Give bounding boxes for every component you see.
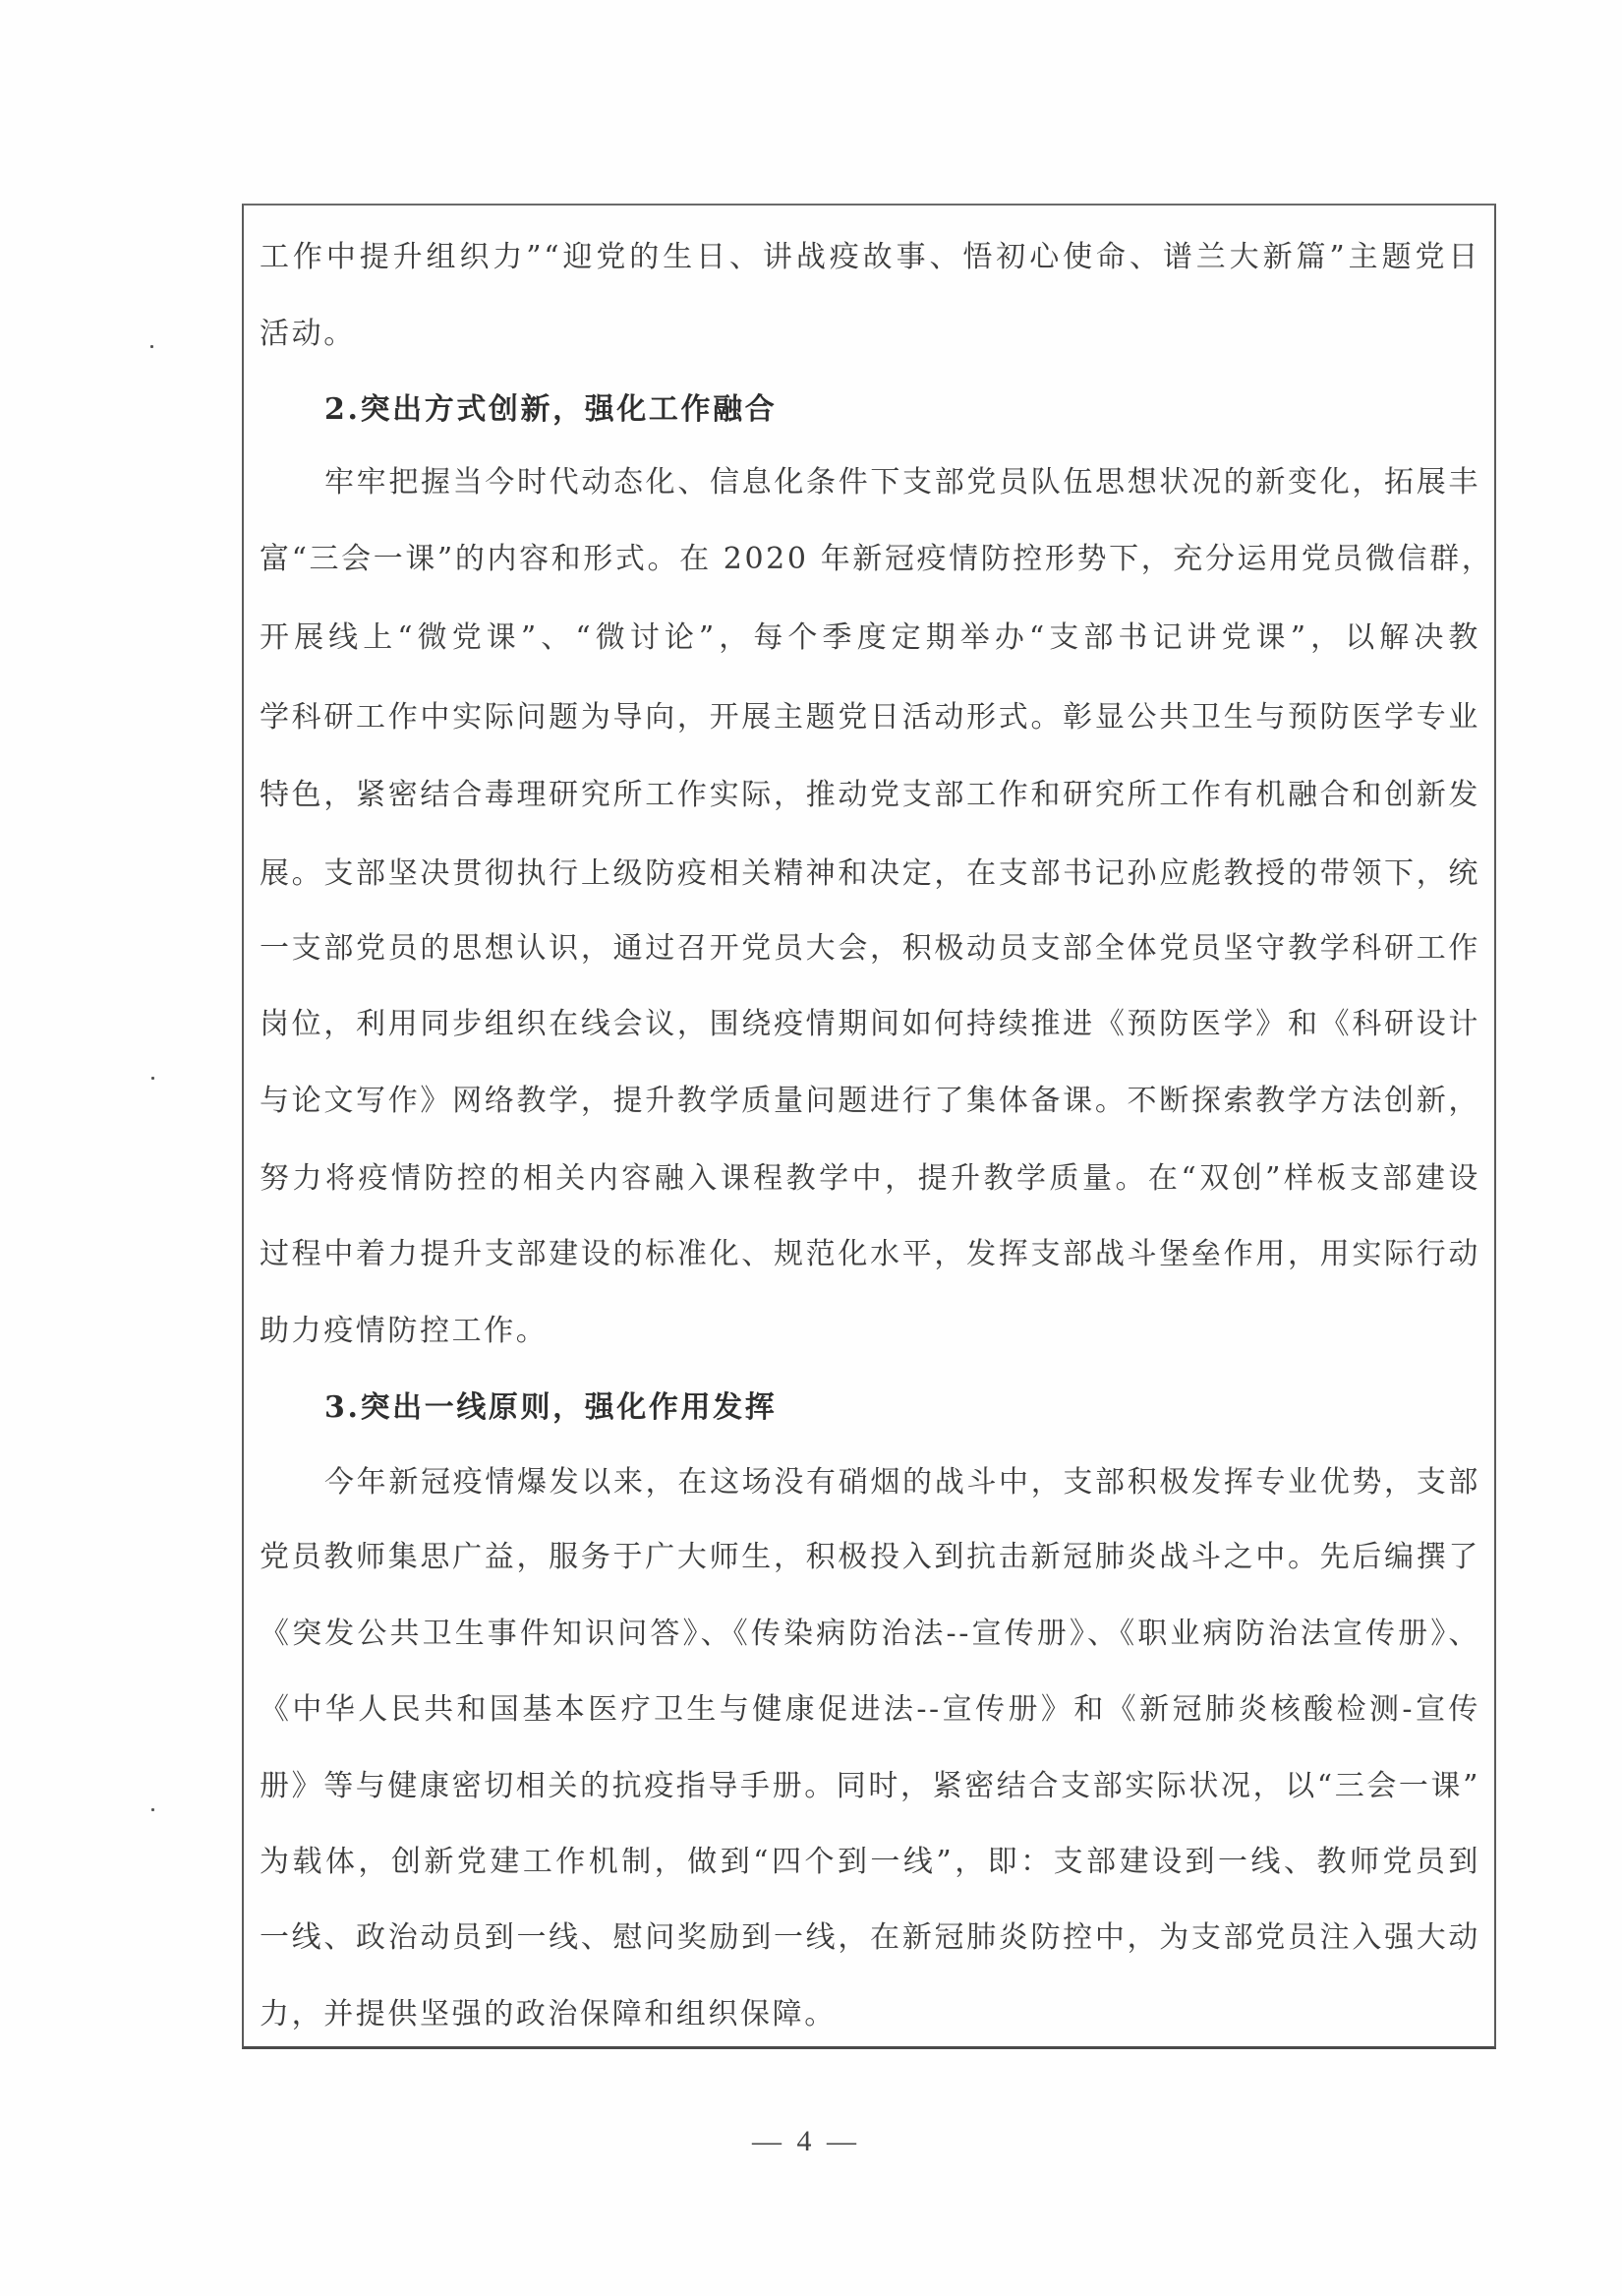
section-heading-2: 2.突出方式创新，强化工作融合 [324, 388, 1480, 432]
paragraph-line: 牢牢把握当今时代动态化、信息化条件下支部党员队伍思想状况的新变化，拓展丰 [324, 461, 1480, 504]
paragraph-line: 一支部党员的思想认识，通过召开党员大会，积极动员支部全体党员坚守教学科研工作 [260, 927, 1480, 971]
paragraph-line: 党员教师集思广益，服务于广大师生，积极投入到抗击新冠肺炎战斗之中。先后编撰了 [260, 1536, 1480, 1579]
paragraph-line: 特色，紧密结合毒理研究所工作实际，推动党支部工作和研究所工作有机融合和创新发 [260, 774, 1480, 817]
scan-mark [150, 345, 153, 348]
paragraph-line: 与论文写作》网络教学，提升教学质量问题进行了集体备课。不断探索教学方法创新， [260, 1080, 1480, 1123]
document-page: 工作中提升组织力”“迎党的生日、讲战疫故事、悟初心使命、谱兰大新篇”主题党日 活… [0, 0, 1622, 2296]
paragraph-line: 助力疫情防控工作。 [260, 1310, 1480, 1353]
paragraph-line: 工作中提升组织力”“迎党的生日、讲战疫故事、悟初心使命、谱兰大新篇”主题党日 [260, 236, 1480, 279]
paragraph-line: 活动。 [260, 313, 1480, 356]
paragraph-line: 力，并提供坚强的政治保障和组织保障。 [260, 1993, 1480, 2036]
scan-mark [151, 1077, 154, 1080]
paragraph-line: 今年新冠疫情爆发以来，在这场没有硝烟的战斗中，支部积极发挥专业优势，支部 [324, 1461, 1480, 1504]
page-number: — 4 — [732, 2122, 880, 2161]
paragraph-line: 册》等与健康密切相关的抗疫指导手册。同时，紧密结合支部实际状况，以“三会一课” [260, 1765, 1480, 1808]
paragraph-line: 富“三会一课”的内容和形式。在 2020 年新冠疫情防控形势下，充分运用党员微信… [260, 538, 1480, 581]
paragraph-line: 努力将疫情防控的相关内容融入课程教学中，提升教学质量。在“双创”样板支部建设 [260, 1157, 1480, 1201]
paragraph-line: 展。支部坚决贯彻执行上级防疫相关精神和决定，在支部书记孙应彪教授的带领下，统 [260, 853, 1480, 896]
paragraph-line: 学科研工作中实际问题为导向，开展主题党日活动形式。彰显公共卫生与预防医学专业 [260, 696, 1480, 739]
paragraph-line: 开展线上“微党课”、“微讨论”，每个季度定期举办“支部书记讲党课”，以解决教 [260, 617, 1480, 660]
paragraph-line: 一线、政治动员到一线、慰问奖励到一线，在新冠肺炎防控中，为支部党员注入强大动 [260, 1916, 1480, 1960]
paragraph-line: 《突发公共卫生事件知识问答》、《传染病防治法--宣传册》、《职业病防治法宣传册》… [260, 1613, 1480, 1656]
paragraph-line: 为载体，创新党建工作机制，做到“四个到一线”，即：支部建设到一线、教师党员到 [260, 1841, 1480, 1884]
paragraph-line: 岗位，利用同步组织在线会议，围绕疫情期间如何持续推进《预防医学》和《科研设计 [260, 1003, 1480, 1046]
paragraph-line: 《中华人民共和国基本医疗卫生与健康促进法--宣传册》和《新冠肺炎核酸检测-宣传 [260, 1688, 1480, 1732]
section-heading-3: 3.突出一线原则，强化作用发挥 [324, 1386, 1480, 1430]
paragraph-line: 过程中着力提升支部建设的标准化、规范化水平，发挥支部战斗堡垒作用，用实际行动 [260, 1233, 1480, 1276]
scan-mark [151, 1808, 154, 1811]
